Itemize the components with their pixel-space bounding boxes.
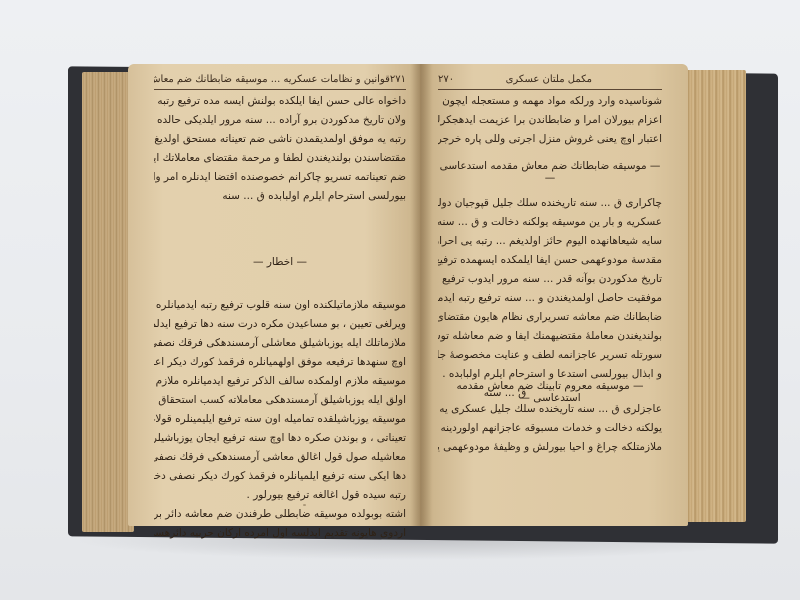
text-line: اولق ايله يوزباشيلق آرمسندهكى معاملاته ك…	[154, 391, 406, 410]
text-line: اردوى هايونه تقديم ايدلسه اول امرده اركا…	[154, 524, 406, 543]
text-line: بيورلسى استرحام ايلرم اولبابده ق ... سنه	[154, 187, 406, 206]
left-page-edges	[82, 72, 134, 532]
text-line: ملازمتلكه چراغ و احيا بيورلش و وظيفهٔ مو…	[438, 438, 662, 457]
text-line: تاريخ مدكوردن بوآنه قدر ... سنه مرور ايد…	[438, 270, 662, 289]
text-line: موسيقه ملازماتيلكنده اون سنه قلوب ترفيع …	[154, 296, 406, 315]
left-page: ٢٧١ قوانين و نظامات عسكريه ... موسيقه ضا…	[128, 64, 424, 526]
left-top-paragraph: داخواه عالى حسن ايفا ايلكده بولنش ايسه م…	[154, 92, 406, 206]
text-line: اوچ سنهدها ترفيعه موفق اولهميانلره فرقمذ…	[154, 353, 406, 372]
right-top-paragraph: شوناسيده وارد ورلكه مواد مهمه و مستعجله …	[438, 92, 662, 149]
text-line: ملازماتلك ايله يوزباشيلق معاشلى آرمسندهك…	[154, 334, 406, 353]
text-line: دها ايكى سنه ترفيع ايلميانلره فرقمذ كورك…	[154, 467, 406, 486]
left-page-number: ٢٧١	[390, 74, 406, 85]
right-section-2-body: عاجزلرى ق ... سنه تاريخنده سلك جليل عسكر…	[438, 400, 662, 457]
text-line: معاشيله صول قول اغالق معاشى آرمسندهكى فر…	[154, 448, 406, 467]
left-running-title: قوانين و نظامات عسكريه ... موسيقه ضابطان…	[154, 74, 390, 85]
text-line: بولنديغندن معاملهٔ مقتضيهمنك ايفا و ضم م…	[438, 327, 662, 346]
right-section-1-body: چاكرارى ق ... سنه تاريخنده سلك جليل قپوج…	[438, 194, 662, 403]
left-running-head: ٢٧١ قوانين و نظامات عسكريه ... موسيقه ضا…	[154, 74, 406, 85]
book-gutter	[410, 64, 432, 526]
text-line: اشته بوبولده موسيقه ضابطلى طرفندن ضم معا…	[154, 505, 406, 524]
text-line: سايه شيعاهانهده اليوم حائز اولديغم ... ر…	[438, 232, 662, 251]
text-line: موسيقه يوزباشيلقده تماميله اون سنه ترفيع…	[154, 410, 406, 429]
text-line: عسكريه و بار ين موسيقه يولكنه دخالت و ق …	[438, 213, 662, 232]
text-line: موفقيت حاصل اولمديغندن و ... سنه ترفيع ر…	[438, 289, 662, 308]
text-line: سورتله تسرير عاجزانمه لطف و عنايت مخصوصه…	[438, 346, 662, 365]
left-body: موسيقه ملازماتيلكنده اون سنه قلوب ترفيع …	[154, 296, 406, 543]
text-line: ويرلغى تعيين ، بو مساعيدن مكره درت سنه د…	[154, 315, 406, 334]
right-section-heading-1: — موسيقه ضابطانك ضم معاش مقدمه استدعاسى …	[438, 160, 662, 184]
text-line: چاكرارى ق ... سنه تاريخنده سلك جليل قپوج…	[438, 194, 662, 213]
text-line: ولان تاريخ مدكوردن برو آراده ... سنه مرو…	[154, 111, 406, 130]
text-line: رتبه يه موفق اولمديقمدن ناشى ضم تعيناته …	[154, 130, 406, 149]
text-line: عاجزلرى ق ... سنه تاريخنده سلك جليل عسكر…	[438, 400, 662, 419]
paper-foxing-spot	[303, 504, 306, 506]
text-line: داخواه عالى حسن ايفا ايلكده بولنش ايسه م…	[154, 92, 406, 111]
left-section-heading: — اخطار —	[154, 256, 406, 268]
left-head-rule	[154, 89, 406, 90]
text-line: اعزام بيورلان امرا و ضابطاندن برا عزيمت …	[438, 111, 662, 130]
text-line: تعيناتى ، و بوندن صكره دها اوچ سنه ترفيع…	[154, 429, 406, 448]
text-line: مقدسة مودوعهمى حسن ايفا ايلمكده ايسهمده …	[438, 251, 662, 270]
text-line: ضابطانك ضم معاشه تسريرارى نظام هايون مقت…	[438, 308, 662, 327]
right-page: مكمل ملتان عسكرى ٢٧٠ شوناسيده وارد ورلكه…	[420, 64, 688, 526]
paper-foxing-spot	[278, 494, 281, 496]
right-head-rule	[438, 89, 662, 90]
right-page-number: ٢٧٠	[438, 74, 454, 85]
text-line: اعتبار اوچ يعنى غروش منزل اجرتى وللى پار…	[438, 130, 662, 149]
text-line: يولكنه دخالت و خدمات مسبوقه عاجزانهم اول…	[438, 419, 662, 438]
text-line: شوناسيده وارد ورلكه مواد مهمه و مستعجله …	[438, 92, 662, 111]
text-line: موسيقه ملازم اولمكده سالف الذكر ترفيع اي…	[154, 372, 406, 391]
right-running-title: مكمل ملتان عسكرى	[506, 74, 592, 85]
right-running-head: مكمل ملتان عسكرى ٢٧٠	[438, 74, 662, 85]
text-line: ضم تعيناتمه تسريو چاكرانم خصوصنده اقتضا …	[154, 168, 406, 187]
text-line: مقتضاسندن بولنديغندن لطفا و مرحمة مقتضاى…	[154, 149, 406, 168]
